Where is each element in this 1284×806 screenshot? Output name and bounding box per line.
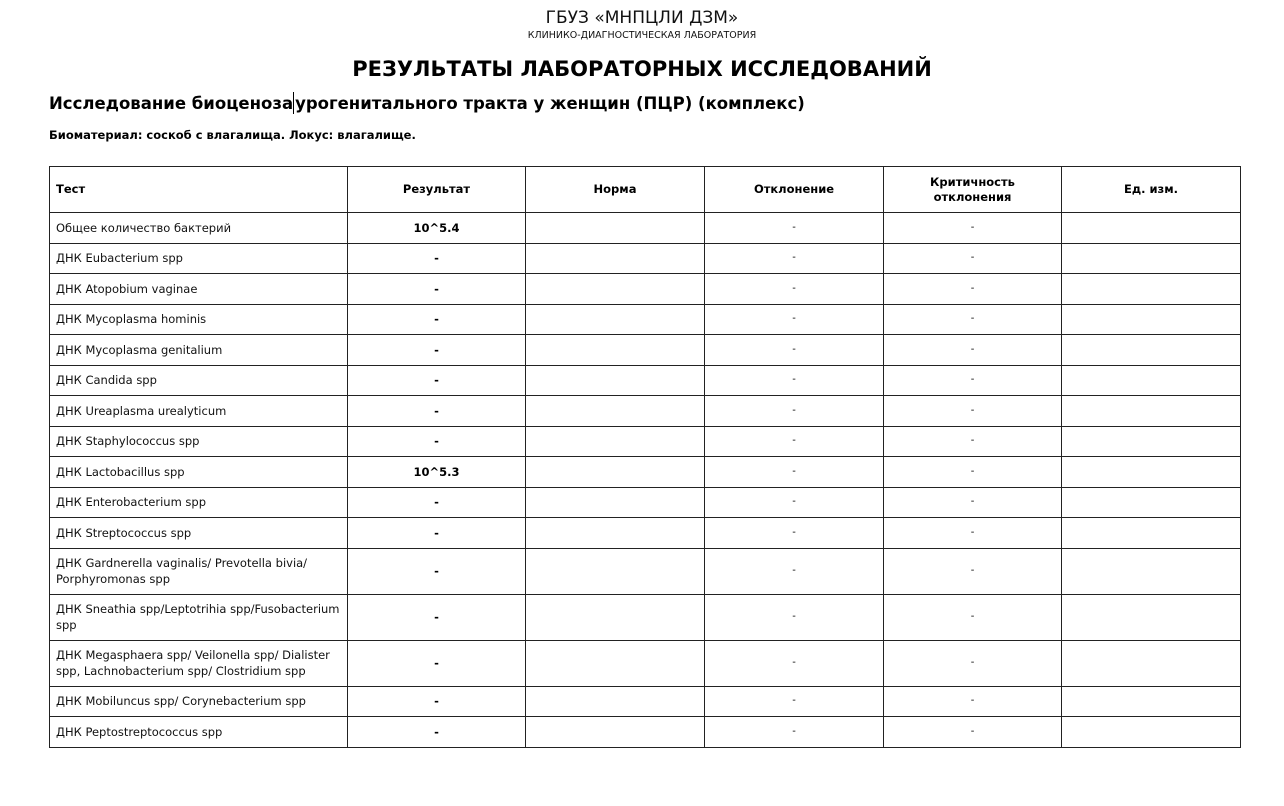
cell-test-name: ДНК Eubacterium spp bbox=[50, 243, 348, 274]
cell-norm bbox=[526, 396, 705, 427]
cell-deviation: - bbox=[705, 304, 884, 335]
cell-result-value: 10^5.4 bbox=[348, 213, 526, 244]
cell-result-value: - bbox=[348, 594, 526, 640]
column-header-criticality: Критичность отклонения bbox=[884, 167, 1062, 213]
cell-unit bbox=[1062, 365, 1241, 396]
cell-result-value: - bbox=[348, 396, 526, 427]
cell-criticality: - bbox=[884, 594, 1062, 640]
cell-unit bbox=[1062, 594, 1241, 640]
cell-unit bbox=[1062, 335, 1241, 366]
cell-norm bbox=[526, 640, 705, 686]
cell-test-name: ДНК Lactobacillus spp bbox=[50, 457, 348, 488]
cell-norm bbox=[526, 365, 705, 396]
cell-deviation: - bbox=[705, 640, 884, 686]
cell-unit bbox=[1062, 304, 1241, 335]
cell-norm bbox=[526, 213, 705, 244]
cell-result-value: - bbox=[348, 640, 526, 686]
cell-test-name: ДНК Megasphaera spp/ Veilonella spp/ Dia… bbox=[50, 640, 348, 686]
results-table: Тест Результат Норма Отклонение Критично… bbox=[49, 166, 1241, 748]
column-header-result: Результат bbox=[348, 167, 526, 213]
cell-test-name: Общее количество бактерий bbox=[50, 213, 348, 244]
cell-deviation: - bbox=[705, 243, 884, 274]
study-title-part1: Исследование биоценоза bbox=[49, 94, 293, 113]
table-row: Общее количество бактерий10^5.4-- bbox=[50, 213, 1241, 244]
cell-test-name: ДНК Sneathia spp/Leptotrihia spp/Fusobac… bbox=[50, 594, 348, 640]
table-row: ДНК Streptococcus spp--- bbox=[50, 518, 1241, 549]
biomaterial-info: Биоматериал: соскоб с влагалища. Локус: … bbox=[49, 127, 416, 143]
cell-result-value: - bbox=[348, 717, 526, 748]
column-header-unit: Ед. изм. bbox=[1062, 167, 1241, 213]
cell-unit bbox=[1062, 396, 1241, 427]
cell-criticality: - bbox=[884, 518, 1062, 549]
cell-deviation: - bbox=[705, 213, 884, 244]
cell-criticality: - bbox=[884, 365, 1062, 396]
cell-deviation: - bbox=[705, 487, 884, 518]
cell-result-value: - bbox=[348, 304, 526, 335]
cell-test-name: ДНК Peptostreptococcus spp bbox=[50, 717, 348, 748]
cell-norm bbox=[526, 304, 705, 335]
cell-norm bbox=[526, 487, 705, 518]
table-row: ДНК Mycoplasma genitalium--- bbox=[50, 335, 1241, 366]
column-header-norm: Норма bbox=[526, 167, 705, 213]
cell-unit bbox=[1062, 457, 1241, 488]
cell-test-name: ДНК Mobiluncus spp/ Corynebacterium spp bbox=[50, 686, 348, 717]
cell-result-value: - bbox=[348, 243, 526, 274]
cell-test-name: ДНК Atopobium vaginae bbox=[50, 274, 348, 305]
cell-deviation: - bbox=[705, 717, 884, 748]
table-row: ДНК Enterobacterium spp--- bbox=[50, 487, 1241, 518]
cell-criticality: - bbox=[884, 396, 1062, 427]
cell-result-value: - bbox=[348, 487, 526, 518]
study-title-part2: урогенитального тракта у женщин (ПЦР) (к… bbox=[295, 94, 805, 113]
table-row: ДНК Peptostreptococcus spp--- bbox=[50, 717, 1241, 748]
cell-norm bbox=[526, 335, 705, 366]
cell-deviation: - bbox=[705, 396, 884, 427]
cell-deviation: - bbox=[705, 518, 884, 549]
cell-unit bbox=[1062, 487, 1241, 518]
cell-result-value: - bbox=[348, 686, 526, 717]
cell-criticality: - bbox=[884, 426, 1062, 457]
cell-norm bbox=[526, 686, 705, 717]
cell-norm bbox=[526, 518, 705, 549]
cell-deviation: - bbox=[705, 686, 884, 717]
cell-test-name: ДНК Enterobacterium spp bbox=[50, 487, 348, 518]
text-caret bbox=[293, 92, 294, 114]
cell-result-value: - bbox=[348, 548, 526, 594]
cell-deviation: - bbox=[705, 594, 884, 640]
cell-unit bbox=[1062, 548, 1241, 594]
table-row: ДНК Candida spp--- bbox=[50, 365, 1241, 396]
cell-unit bbox=[1062, 274, 1241, 305]
cell-result-value: - bbox=[348, 426, 526, 457]
table-row: ДНК Staphylococcus spp--- bbox=[50, 426, 1241, 457]
study-title: Исследование биоценозаурогенитального тр… bbox=[49, 92, 805, 115]
cell-criticality: - bbox=[884, 243, 1062, 274]
cell-unit bbox=[1062, 426, 1241, 457]
cell-deviation: - bbox=[705, 426, 884, 457]
cell-unit bbox=[1062, 518, 1241, 549]
table-row: ДНК Eubacterium spp--- bbox=[50, 243, 1241, 274]
cell-unit bbox=[1062, 213, 1241, 244]
cell-norm bbox=[526, 426, 705, 457]
cell-result-value: - bbox=[348, 518, 526, 549]
criticality-header-text: Критичность отклонения bbox=[918, 175, 1028, 205]
cell-criticality: - bbox=[884, 213, 1062, 244]
cell-norm bbox=[526, 548, 705, 594]
cell-unit bbox=[1062, 243, 1241, 274]
cell-test-name: ДНК Staphylococcus spp bbox=[50, 426, 348, 457]
table-row: ДНК Sneathia spp/Leptotrihia spp/Fusobac… bbox=[50, 594, 1241, 640]
table-row: ДНК Ureaplasma urealyticum--- bbox=[50, 396, 1241, 427]
cell-criticality: - bbox=[884, 717, 1062, 748]
cell-deviation: - bbox=[705, 457, 884, 488]
cell-deviation: - bbox=[705, 274, 884, 305]
table-row: ДНК Mobiluncus spp/ Corynebacterium spp-… bbox=[50, 686, 1241, 717]
cell-criticality: - bbox=[884, 548, 1062, 594]
cell-criticality: - bbox=[884, 640, 1062, 686]
cell-test-name: ДНК Gardnerella vaginalis/ Prevotella bi… bbox=[50, 548, 348, 594]
cell-result-value: - bbox=[348, 365, 526, 396]
cell-deviation: - bbox=[705, 548, 884, 594]
column-header-test: Тест bbox=[50, 167, 348, 213]
cell-criticality: - bbox=[884, 686, 1062, 717]
cell-test-name: ДНК Mycoplasma genitalium bbox=[50, 335, 348, 366]
cell-criticality: - bbox=[884, 335, 1062, 366]
report-title: РЕЗУЛЬТАТЫ ЛАБОРАТОРНЫХ ИССЛЕДОВАНИЙ bbox=[0, 56, 1284, 82]
cell-test-name: ДНК Streptococcus spp bbox=[50, 518, 348, 549]
cell-norm bbox=[526, 243, 705, 274]
table-header-row: Тест Результат Норма Отклонение Критично… bbox=[50, 167, 1241, 213]
organization-name: ГБУЗ «МНПЦЛИ ДЗМ» bbox=[0, 8, 1284, 28]
table-row: ДНК Atopobium vaginae--- bbox=[50, 274, 1241, 305]
cell-unit bbox=[1062, 640, 1241, 686]
table-row: ДНК Megasphaera spp/ Veilonella spp/ Dia… bbox=[50, 640, 1241, 686]
organization-subtitle: КЛИНИКО-ДИАГНОСТИЧЕСКАЯ ЛАБОРАТОРИЯ bbox=[0, 30, 1284, 42]
cell-criticality: - bbox=[884, 304, 1062, 335]
cell-norm bbox=[526, 717, 705, 748]
table-row: ДНК Lactobacillus spp10^5.3-- bbox=[50, 457, 1241, 488]
results-body: Общее количество бактерий10^5.4--ДНК Eub… bbox=[50, 213, 1241, 748]
cell-deviation: - bbox=[705, 335, 884, 366]
cell-test-name: ДНК Mycoplasma hominis bbox=[50, 304, 348, 335]
cell-test-name: ДНК Ureaplasma urealyticum bbox=[50, 396, 348, 427]
cell-result-value: - bbox=[348, 274, 526, 305]
cell-criticality: - bbox=[884, 457, 1062, 488]
cell-deviation: - bbox=[705, 365, 884, 396]
cell-result-value: - bbox=[348, 335, 526, 366]
cell-criticality: - bbox=[884, 487, 1062, 518]
cell-norm bbox=[526, 457, 705, 488]
column-header-deviation: Отклонение bbox=[705, 167, 884, 213]
cell-result-value: 10^5.3 bbox=[348, 457, 526, 488]
cell-criticality: - bbox=[884, 274, 1062, 305]
table-row: ДНК Mycoplasma hominis--- bbox=[50, 304, 1241, 335]
table-row: ДНК Gardnerella vaginalis/ Prevotella bi… bbox=[50, 548, 1241, 594]
cell-norm bbox=[526, 594, 705, 640]
cell-test-name: ДНК Candida spp bbox=[50, 365, 348, 396]
cell-norm bbox=[526, 274, 705, 305]
cell-unit bbox=[1062, 717, 1241, 748]
cell-unit bbox=[1062, 686, 1241, 717]
